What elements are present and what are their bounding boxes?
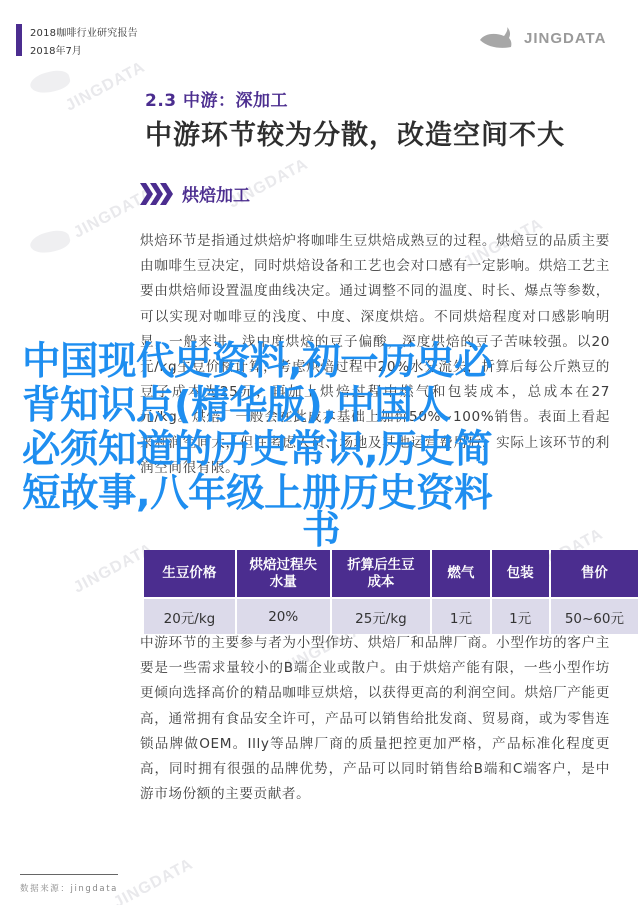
- table-cell: 20%: [237, 599, 330, 634]
- col-header-sale-price: 售价: [551, 550, 638, 597]
- footer-divider: [20, 874, 118, 875]
- subsection-title: 烘焙加工: [182, 181, 250, 206]
- col-header-gas: 燃气: [432, 550, 489, 597]
- logo-text: JINGDATA: [524, 30, 606, 47]
- watermark: JINGDATA: [111, 856, 197, 905]
- table-cell: 50~60元: [551, 599, 638, 634]
- page-title: 中游环节较为分散，改造空间不大: [145, 113, 565, 152]
- subsection-heading: 烘焙加工: [140, 181, 250, 206]
- watermark: JINGDATA: [63, 59, 149, 116]
- overlay-line: 中国现代史资料,初一历史必: [22, 340, 622, 384]
- col-header-packaging: 包装: [492, 550, 549, 597]
- overlay-line: 背知识点(精华版),中国人: [22, 384, 622, 428]
- triple-chevron-right-icon: [140, 183, 174, 205]
- table-header-row: 生豆价格 烘焙过程失水量 折算后生豆成本 燃气 包装 售价: [144, 550, 638, 597]
- table-cell: 1元: [432, 599, 489, 634]
- watermark-whale-icon: [28, 67, 72, 97]
- report-date: 2018年7月: [30, 42, 82, 57]
- watermark-whale-icon: [28, 227, 72, 257]
- table-cell: 20元/kg: [144, 599, 235, 634]
- col-header-green-bean-price: 生豆价格: [144, 550, 235, 597]
- report-title: 2018咖啡行业研究报告: [30, 24, 138, 39]
- header-accent-bar: [16, 24, 22, 56]
- overlay-line: 书: [22, 516, 622, 546]
- data-source: 数据来源：jingdata: [20, 882, 118, 894]
- table-row: 20元/kg 20% 25元/kg 1元 1元 50~60元: [144, 599, 638, 634]
- table-cell: 1元: [492, 599, 549, 634]
- whale-logo-icon: [478, 26, 516, 50]
- overlay-headline: 中国现代史资料,初一历史必 背知识点(精华版),中国人 必须知道的历史常识,历史…: [22, 340, 622, 546]
- col-header-converted-cost: 折算后生豆成本: [332, 550, 431, 597]
- table-cell: 25元/kg: [332, 599, 431, 634]
- col-header-water-loss: 烘焙过程失水量: [237, 550, 330, 597]
- document-page: JINGDATA JINGDATA JINGDATA JINGDATA JING…: [0, 0, 640, 905]
- brand-logo: JINGDATA: [478, 26, 606, 50]
- overlay-line: 必须知道的历史常识,历史简: [22, 428, 622, 472]
- body-paragraph-participants: 中游环节的主要参与者为小型作坊、烘焙厂和品牌厂商。小型作坊的客户主要是一些需求量…: [140, 631, 610, 807]
- section-label: 2.3 中游：深加工: [145, 86, 288, 111]
- cost-table: 生豆价格 烘焙过程失水量 折算后生豆成本 燃气 包装 售价 20元/kg 20%…: [142, 548, 640, 636]
